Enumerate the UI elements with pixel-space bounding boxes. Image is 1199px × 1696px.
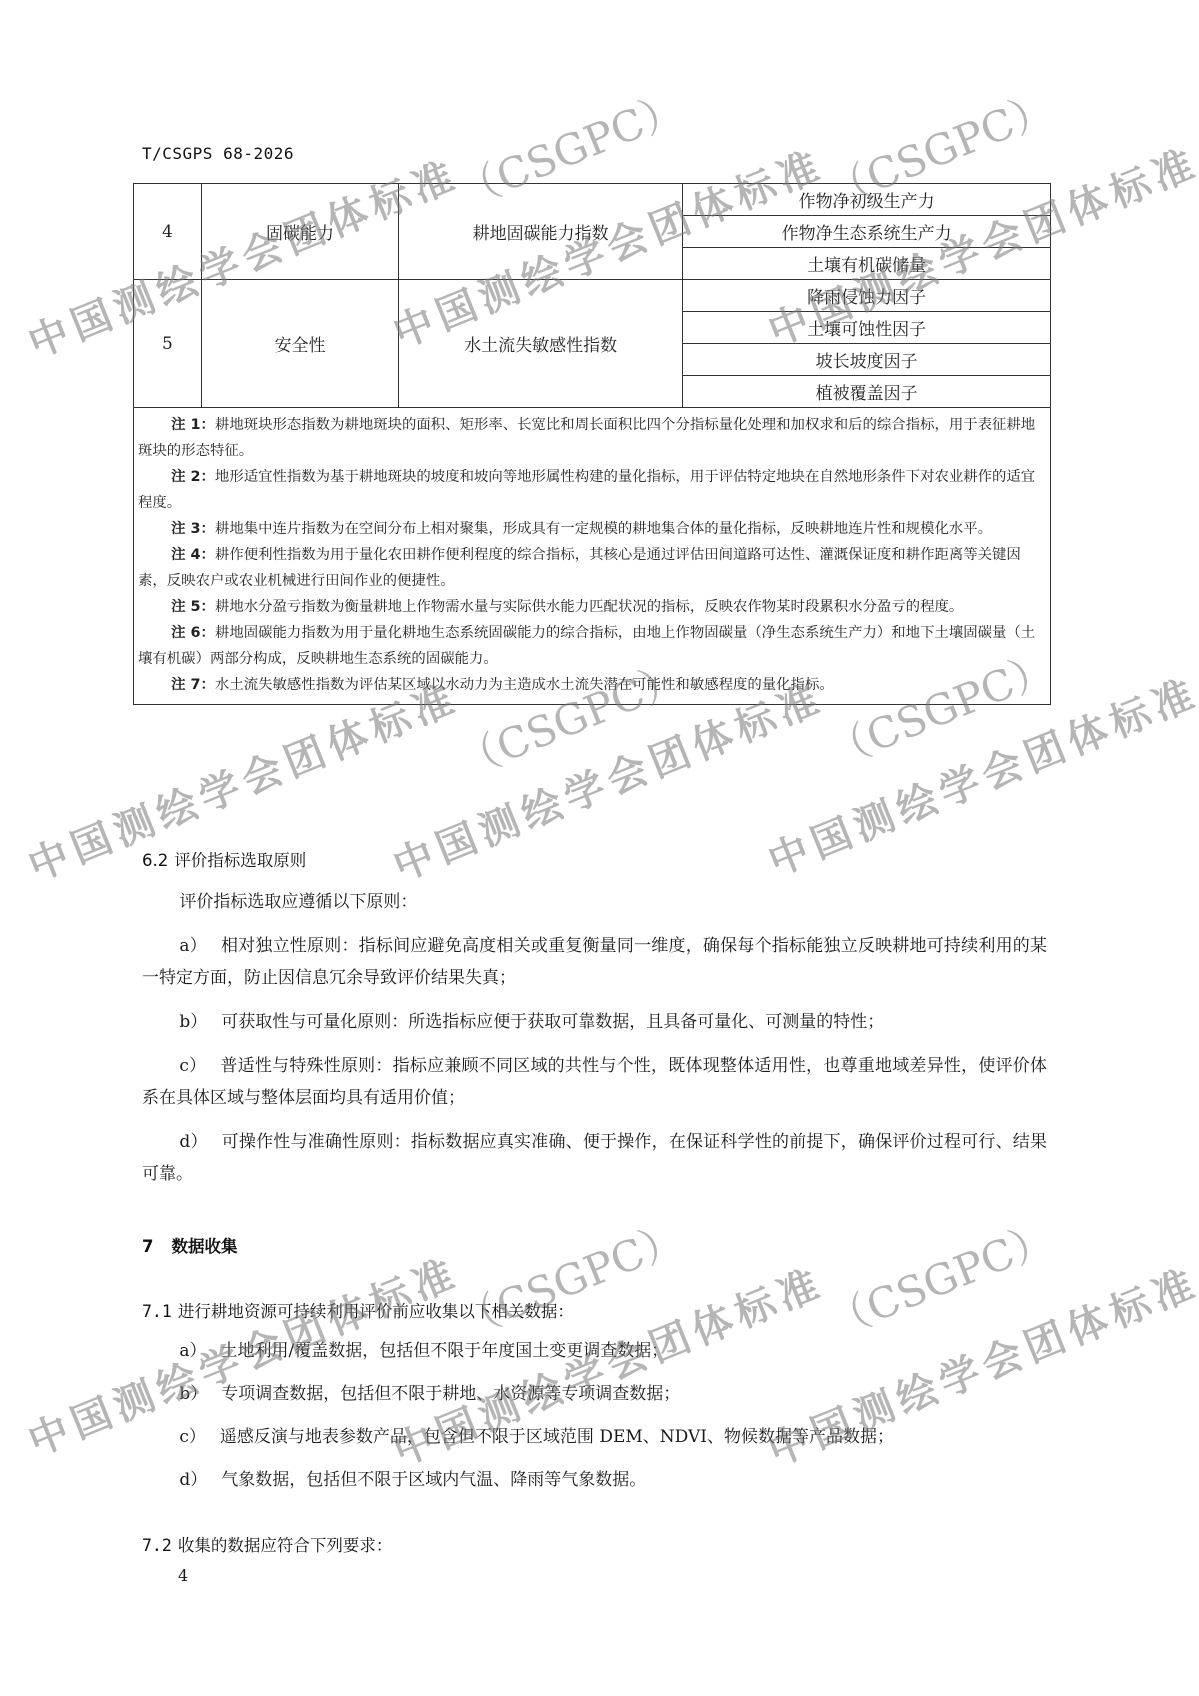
- dimension-cell: 固碳能力: [201, 184, 398, 280]
- note-4: 注 4：耕作便利性指数为用于量化农田耕作便利程度的综合指标，其核心是通过评估田间…: [138, 542, 1040, 594]
- list-item: c）遥感反演与地表参数产品，包含但不限于区域范围 DEM、NDVI、物候数据等产…: [142, 1422, 1047, 1453]
- note-6: 注 6：耕地固碳能力指数为用于量化耕地生态系统固碳能力的综合指标，由地上作物固碳…: [138, 620, 1040, 672]
- clause-7-2: 7.2收集的数据应符合下列要求：: [142, 1532, 392, 1556]
- watermark-text: （CSGPC）: [818, 1205, 1062, 1350]
- section-heading-6-2: 6.2评价指标选取原则: [142, 847, 306, 871]
- indicator-cell: 水土流失敏感性指数: [399, 280, 683, 408]
- sub-indicator-cell: 土壤可蚀性因子: [683, 312, 1051, 344]
- note-3: 注 3：耕地集中连片指数为在空间分布上相对聚集，形成具有一定规模的耕地集合体的量…: [138, 516, 1040, 542]
- note-1: 注 1：耕地斑块形态指数为耕地斑块的面积、矩形率、长宽比和周长面积比四个分指标量…: [138, 412, 1040, 464]
- clause-7-1-list: a）土地利用/覆盖数据，包括但不限于年度国土变更调查数据； b）专项调查数据，包…: [142, 1336, 1047, 1496]
- notes-row: 注 1：耕地斑块形态指数为耕地斑块的面积、矩形率、长宽比和周长面积比四个分指标量…: [134, 408, 1051, 705]
- list-item: d）可操作性与准确性原则：指标数据应真实准确、便于操作，在保证科学性的前提下，确…: [142, 1126, 1047, 1190]
- sub-indicator-cell: 作物净生态系统生产力: [683, 216, 1051, 248]
- sub-indicator-cell: 降雨侵蚀力因子: [683, 280, 1051, 312]
- section-6-2-body: 评价指标选取应遵循以下原则： a）相对独立性原则：指标间应避免高度相关或重复衡量…: [142, 886, 1047, 1190]
- clause-7-1: 7.1进行耕地资源可持续利用评价前应收集以下相关数据：: [142, 1298, 574, 1322]
- document-page: T/CSGPS 68-2026 4 固碳能力 耕地固碳能力指数 作物净初级生产力…: [0, 0, 1199, 1696]
- list-item: a）相对独立性原则：指标间应避免高度相关或重复衡量同一维度，确保每个指标能独立反…: [142, 930, 1047, 994]
- list-item: b）可获取性与可量化原则：所选指标应便于获取可靠数据，且具备可量化、可测量的特性…: [142, 1006, 1047, 1038]
- table-notes: 注 1：耕地斑块形态指数为耕地斑块的面积、矩形率、长宽比和周长面积比四个分指标量…: [134, 408, 1051, 705]
- sub-indicator-cell: 作物净初级生产力: [683, 184, 1051, 216]
- indicator-cell: 耕地固碳能力指数: [399, 184, 683, 280]
- watermark-text: （CSGPC）: [448, 1205, 692, 1350]
- indicator-table: 4 固碳能力 耕地固碳能力指数 作物净初级生产力 作物净生态系统生产力 土壤有机…: [133, 183, 1051, 705]
- list-item: a）土地利用/覆盖数据，包括但不限于年度国土变更调查数据；: [142, 1336, 1047, 1367]
- dimension-cell: 安全性: [201, 280, 398, 408]
- note-5: 注 5：耕地水分盈亏指数为衡量耕地上作物需水量与实际供水能力匹配状况的指标，反映…: [138, 594, 1040, 620]
- row-number: 4: [134, 184, 202, 280]
- sub-indicator-cell: 土壤有机碳储量: [683, 248, 1051, 280]
- sub-indicator-cell: 坡长坡度因子: [683, 344, 1051, 376]
- sub-indicator-cell: 植被覆盖因子: [683, 376, 1051, 408]
- list-item: c）普适性与特殊性原则：指标应兼顾不同区域的共性与个性，既体现整体适用性，也尊重…: [142, 1050, 1047, 1114]
- section-intro: 评价指标选取应遵循以下原则：: [142, 886, 1047, 918]
- page-number: 4: [178, 1566, 188, 1585]
- note-2: 注 2：地形适宜性指数为基于耕地斑块的坡度和坡向等地形属性构建的量化指标，用于评…: [138, 464, 1040, 516]
- table-row: 4 固碳能力 耕地固碳能力指数 作物净初级生产力: [134, 184, 1051, 216]
- row-number: 5: [134, 280, 202, 408]
- section-heading-7: 7数据收集: [142, 1233, 237, 1257]
- list-item: b）专项调查数据，包括但不限于耕地、水资源等专项调查数据；: [142, 1379, 1047, 1410]
- standard-code: T/CSGPS 68-2026: [142, 144, 294, 163]
- table-row: 5 安全性 水土流失敏感性指数 降雨侵蚀力因子: [134, 280, 1051, 312]
- list-item: d）气象数据，包括但不限于区域内气温、降雨等气象数据。: [142, 1465, 1047, 1496]
- note-7: 注 7：水土流失敏感性指数为评估某区域以水动力为主造成水土流失潜在可能性和敏感程…: [138, 672, 1040, 698]
